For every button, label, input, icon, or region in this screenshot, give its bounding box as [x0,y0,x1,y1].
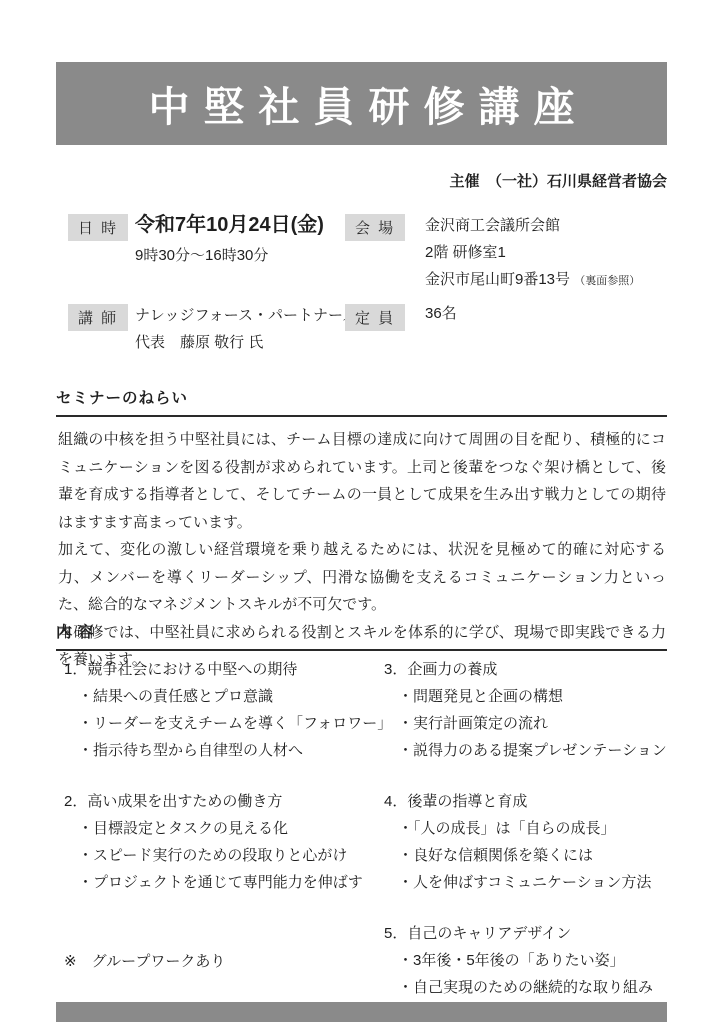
item-title: 5．自己のキャリアデザイン [384,920,684,947]
date-value: 令和7年10月24日(金) 9時30分～16時30分 [135,208,324,265]
item-bullet: ・人を伸ばすコミュニケーション方法 [384,869,684,896]
item-bullet: ・良好な信頼関係を築くには [384,842,684,869]
item-bullet: ・プロジェクトを通じて専門能力を伸ばす [64,869,384,896]
time-value: 9時30分～16時30分 [135,244,324,265]
venue-note: （裏面参照） [574,275,640,287]
aim-paragraph: 加えて、変化の激しい経営環境を乗り越えるためには、状況を見極めて的確に対応する力… [58,536,666,619]
content-item-2: 2．高い成果を出すための働き方 ・目標設定とタスクの見える化 ・スピード実行のた… [64,788,384,896]
item-bullet: ・実行計画策定の流れ [384,710,684,737]
seminar-flyer-page: 中堅社員研修講座 主催 （一社）石川県経営者協会 日 時 令和7年10月24日(… [0,0,724,1024]
item-bullet: ・3年後・5年後の「ありたい姿」 [384,947,684,974]
date-main: 令和7年10月24日(金) [135,208,324,237]
item-bullet: ・問題発見と企画の構想 [384,683,684,710]
item-bullet: ・指示待ち型から自律型の人材へ [64,737,384,764]
contents-left-column: 1．競争社会における中堅への期待 ・結果への責任感とプロ意識 ・リーダーを支えチ… [64,656,384,975]
footer-band [56,1002,667,1022]
title-band: 中堅社員研修講座 [56,62,667,145]
organizer-line: 主催 （一社）石川県経営者協会 [449,170,667,191]
item-title: 1．競争社会における中堅への期待 [64,656,384,683]
content-item-4: 4．後輩の指導と育成 ・「人の成長」は「自らの成長」 ・良好な信頼関係を築くには… [384,788,684,896]
item-bullet: ・目標設定とタスクの見える化 [64,815,384,842]
capacity-label: 定 員 [345,304,405,331]
content-item-1: 1．競争社会における中堅への期待 ・結果への責任感とプロ意識 ・リーダーを支えチ… [64,656,384,764]
aim-paragraph: 組織の中核を担う中堅社員には、チーム目標の達成に向けて周囲の目を配り、積極的にコ… [58,426,666,536]
page-title: 中堅社員研修講座 [135,74,589,133]
contents-right-column: 3．企画力の養成 ・問題発見と企画の構想 ・実行計画策定の流れ ・説得力のある提… [384,656,684,1024]
item-bullet: ・自己実現のための継続的な取り組み [384,974,684,1001]
content-item-3: 3．企画力の養成 ・問題発見と企画の構想 ・実行計画策定の流れ ・説得力のある提… [384,656,684,764]
venue-address: 金沢市尾山町9番13号 [425,271,570,288]
aim-section-heading: セミナーのねらい [56,386,667,417]
date-label: 日 時 [68,214,128,241]
item-title: 3．企画力の養成 [384,656,684,683]
lecturer-line2: 代表 藤原 敬行 氏 [135,329,382,356]
venue-line3: 金沢市尾山町9番13号 （裏面参照） [425,266,640,295]
content-item-5: 5．自己のキャリアデザイン ・3年後・5年後の「ありたい姿」 ・自己実現のための… [384,920,684,1001]
groupwork-note: ※ グループワークあり [64,948,384,975]
lecturer-label: 講 師 [68,304,128,331]
item-bullet: ・「人の成長」は「自らの成長」 [384,815,684,842]
venue-line1: 金沢商工会議所会館 [425,212,640,239]
item-bullet: ・説得力のある提案プレゼンテーション [384,737,684,764]
item-bullet: ・スピード実行のための段取りと心がけ [64,842,384,869]
contents-section-heading: 内 容 [56,620,667,651]
item-title: 4．後輩の指導と育成 [384,788,684,815]
capacity-value: 36名 [425,302,457,323]
item-bullet: ・リーダーを支えチームを導く「フォロワー」 [64,710,384,737]
venue-label: 会 場 [345,214,405,241]
venue-value: 金沢商工会議所会館 2階 研修室1 金沢市尾山町9番13号 （裏面参照） [425,212,640,295]
item-bullet: ・結果への責任感とプロ意識 [64,683,384,710]
item-title: 2．高い成果を出すための働き方 [64,788,384,815]
venue-line2: 2階 研修室1 [425,239,640,266]
